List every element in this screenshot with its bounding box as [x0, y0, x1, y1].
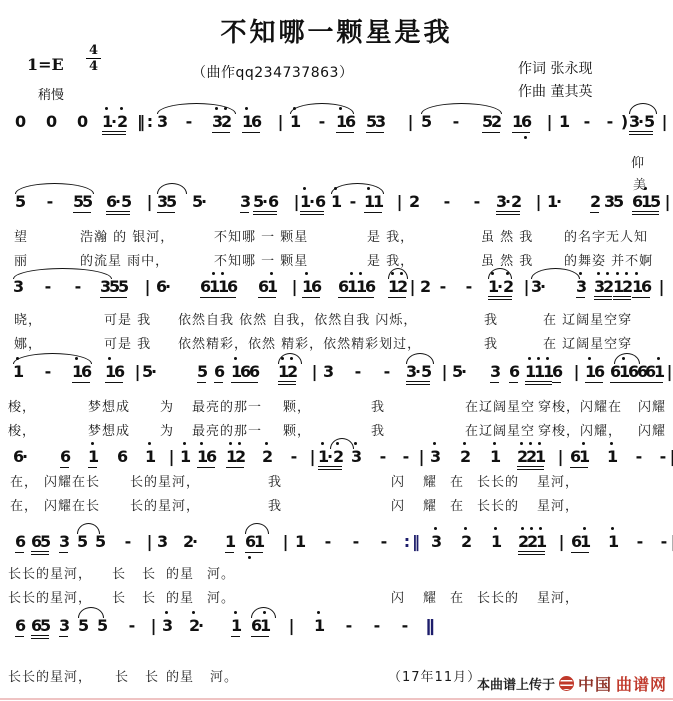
lyric-segment: 长长的星河，	[8, 666, 92, 685]
note-char: 3	[604, 192, 613, 211]
note-char: 6	[594, 362, 603, 381]
note-char: 6	[15, 616, 24, 635]
note-char: 6	[13, 447, 22, 466]
note-char: 1	[225, 532, 234, 551]
note-char: |	[669, 532, 673, 551]
note-token: 5	[197, 362, 206, 383]
note-token: 355	[100, 277, 127, 298]
lyric-segment: 闪耀在长	[44, 471, 100, 490]
barline: |	[556, 447, 565, 466]
note-token: 16	[336, 112, 354, 133]
lyric-segment: 梭，	[8, 396, 36, 415]
note-token: 6	[552, 362, 561, 383]
note-token: 0	[46, 112, 55, 131]
note-token: 2	[460, 447, 469, 466]
note-token: 166	[231, 362, 258, 383]
note-char: 3	[59, 532, 68, 551]
note-char: 1	[197, 447, 206, 466]
note-char: 6	[31, 532, 40, 551]
octave-dot-above	[221, 272, 224, 275]
barline: |	[657, 277, 666, 296]
note-char: 2	[518, 532, 527, 551]
note-char: 1	[278, 362, 287, 381]
lyric-segment: 最亮的那一	[192, 396, 262, 415]
note-token: 221	[517, 447, 544, 470]
note-token: -	[44, 192, 56, 211]
note-token: -	[122, 532, 134, 551]
site-name-light: 曲谱网	[616, 672, 667, 695]
octave-dot-above	[120, 107, 123, 110]
note-token: 35	[157, 192, 175, 213]
note-char: 6	[251, 112, 260, 131]
lyric-segment: 为	[160, 396, 174, 415]
octave-dot-above	[588, 357, 591, 360]
octave-dot-above	[606, 272, 609, 275]
note-token: -	[377, 447, 389, 466]
note-char: 1	[13, 362, 22, 381]
note-token: 3	[351, 447, 360, 466]
note-char: 3	[406, 362, 415, 381]
note-token: 5·	[142, 362, 157, 381]
note-token: -	[288, 447, 300, 466]
note-token: -	[378, 532, 390, 551]
note-token: 1	[145, 447, 154, 466]
note-char: 6	[249, 362, 258, 381]
dash-note: -	[604, 112, 616, 131]
lyric-segment: 闪耀	[638, 396, 666, 415]
note-token: -	[634, 532, 646, 551]
note-token: 6·5	[106, 192, 130, 215]
note-token: 1	[608, 532, 617, 551]
note-char: |	[660, 112, 669, 131]
note-char: 1	[254, 532, 263, 551]
dash-note: -	[463, 277, 475, 296]
note-char: 3	[351, 447, 360, 466]
note-char: 1	[388, 277, 397, 296]
note-token: 16	[105, 362, 123, 383]
note-char: 6	[571, 532, 580, 551]
note-char: 1	[654, 362, 663, 381]
lyric-segment: 美	[633, 174, 647, 193]
octave-dot-above	[616, 272, 619, 275]
slur-arc	[77, 523, 100, 534]
note-char: 2	[333, 447, 342, 466]
note-char: 5	[644, 112, 653, 131]
note-token: 1·	[547, 192, 562, 211]
note-char: 2	[526, 447, 535, 466]
note-char: 3	[212, 112, 221, 131]
octave-dot-above	[229, 442, 232, 445]
note-char: |	[657, 277, 666, 296]
note-token: 5	[15, 192, 24, 211]
note-char: 1	[300, 192, 309, 211]
note-char: 2	[603, 277, 612, 296]
barline: |	[522, 277, 531, 296]
note-char: 3	[431, 532, 440, 551]
note-char: 6	[117, 447, 126, 466]
note-char: 0	[46, 112, 55, 131]
lyric-segment: 不知哪 一 颗星	[214, 226, 308, 245]
note-char: 1	[231, 362, 240, 381]
note-char: 2	[511, 192, 520, 211]
note-char: 5	[452, 362, 461, 381]
note-token: 2	[262, 447, 271, 466]
lyric-segment: 闪耀在长	[44, 495, 100, 514]
note-char: 1	[242, 112, 251, 131]
note-char: 5	[40, 532, 49, 551]
octave-dot-above	[538, 442, 541, 445]
barline: |	[149, 616, 158, 635]
dash-note: -	[634, 532, 646, 551]
note-token: 6	[214, 362, 223, 383]
lyric-segment: 长	[145, 666, 159, 685]
octave-dot-above	[105, 107, 108, 110]
slur-arc	[157, 183, 187, 194]
barline: |	[417, 447, 426, 466]
upload-note: 本曲谱上传于	[477, 674, 555, 693]
note-token: 3	[157, 532, 166, 551]
octave-dot-above	[635, 272, 638, 275]
note-char: 5	[421, 112, 430, 131]
slur-arc	[278, 353, 302, 364]
dash-note: -	[72, 277, 84, 296]
lyric-segment: 梦想成	[88, 396, 130, 415]
lyric-segment: 闪	[391, 471, 405, 490]
note-char: 2	[221, 112, 230, 131]
dash-note: -	[316, 112, 328, 131]
lyric-segment: 长的星河，	[130, 471, 200, 490]
slur-arc	[331, 183, 384, 194]
note-char: ·	[151, 362, 157, 381]
note-char: 0	[77, 112, 86, 131]
note-token: -	[126, 616, 138, 635]
slur-arc	[488, 268, 512, 279]
note-char: 1	[102, 112, 111, 131]
note-char: 2	[117, 112, 126, 131]
note-token: 16	[242, 112, 260, 133]
octave-dot-above	[303, 187, 306, 190]
note-char: 3	[162, 616, 171, 635]
note-char: 2	[409, 192, 418, 211]
note-token: 5·6	[253, 192, 277, 215]
dash-note: -	[450, 112, 462, 131]
note-char: 1	[534, 362, 543, 381]
note-token: 1	[295, 532, 304, 551]
dash-note: -	[122, 532, 134, 551]
barline: |	[669, 532, 673, 551]
note-token: 1	[225, 532, 234, 553]
lyric-segment: 仰	[631, 152, 645, 171]
note-char: 2	[590, 192, 599, 211]
note-char: ·	[198, 616, 204, 635]
octave-dot-above	[200, 442, 203, 445]
lyric-segment: 为	[160, 420, 174, 439]
octave-dot-above	[245, 107, 248, 110]
slur-arc	[388, 268, 408, 279]
note-char: 6	[570, 447, 579, 466]
note-char: 1	[180, 447, 189, 466]
lyric-segment: 晓，	[14, 309, 42, 328]
lyric-segment: 可是 我	[104, 309, 151, 328]
octave-dot-above	[464, 527, 467, 530]
octave-dot-above	[597, 272, 600, 275]
note-char: 6	[206, 447, 215, 466]
lyric-segment: 在 辽阔星空穿	[543, 333, 632, 352]
octave-dot-above	[183, 442, 186, 445]
lyric-segment: 闪耀	[638, 420, 666, 439]
note-token: 3	[59, 616, 68, 637]
note-token: 1	[490, 447, 499, 466]
note-char: 6	[240, 362, 249, 381]
note-char: 1	[318, 447, 327, 466]
note-char: 3	[531, 277, 540, 296]
lyric-segment: 丽	[14, 250, 28, 269]
note-token: 6116	[200, 277, 236, 298]
barline: |	[668, 447, 673, 466]
octave-dot-above	[539, 527, 542, 530]
lyric-segment: 颗，	[283, 420, 311, 439]
note-token: 2	[461, 532, 470, 551]
note-char: 6	[251, 616, 260, 635]
note-token: 35	[604, 192, 622, 211]
note-token: 1	[559, 112, 568, 131]
note-char: 2	[491, 112, 500, 131]
lyric-segment: 依然自我 依然 自我，依然自我 闪烁，	[178, 309, 417, 328]
note-char: 6	[60, 447, 69, 466]
note-char: 1	[336, 112, 345, 131]
dash-note: -	[581, 112, 593, 131]
slur-arc	[531, 268, 580, 279]
note-char: 6	[81, 362, 90, 381]
note-token: 3	[430, 447, 439, 466]
barline: |	[572, 362, 581, 381]
note-token: 1	[180, 447, 189, 466]
note-token: 5	[77, 532, 86, 551]
note-char: 5	[78, 616, 87, 635]
lyric-segment: 的星	[166, 563, 194, 582]
barline: |	[281, 532, 290, 551]
note-char: |	[545, 112, 554, 131]
note-char: 1	[295, 532, 304, 551]
barline: |	[408, 277, 417, 296]
lyric-segment: 长长的	[477, 471, 519, 490]
dash-note: -	[471, 192, 483, 211]
lyric-segment: 我	[484, 309, 498, 328]
lyric-segment: 的星	[166, 587, 194, 606]
lyric-segment: 长的星河，	[130, 495, 200, 514]
lyric-segment: 长	[142, 587, 156, 606]
dash-note: -	[350, 532, 362, 551]
note-char: 1	[512, 112, 521, 131]
note-char: 2	[461, 532, 470, 551]
note-char: 1	[488, 277, 497, 296]
note-token: 52	[482, 112, 500, 133]
note-char: 5	[142, 362, 151, 381]
barline: |	[545, 112, 554, 131]
note-char: 6	[645, 362, 654, 381]
note-token: 3	[162, 616, 171, 635]
note-char: 6	[365, 277, 374, 296]
note-char: 1	[613, 277, 622, 296]
octave-dot-above	[529, 442, 532, 445]
note-char: |	[534, 192, 543, 211]
barline: |	[290, 277, 299, 296]
note-token: -	[437, 277, 449, 296]
note-char: 6	[509, 362, 518, 381]
lyric-segment: 闪	[391, 495, 405, 514]
lyric-segment: 河。	[207, 563, 235, 582]
note-char: 1	[373, 192, 382, 211]
note-token: 6	[60, 447, 69, 468]
octave-dot-above	[611, 527, 614, 530]
slur-arc	[13, 268, 112, 279]
note-token: 61	[645, 362, 663, 383]
note-char: 5	[40, 616, 49, 635]
note-char: 6	[632, 192, 641, 211]
barline: |	[660, 112, 669, 131]
time-signature: 4 4	[86, 44, 101, 73]
note-token: 6	[15, 616, 24, 637]
key-signature: 1=E	[27, 55, 64, 74]
note-token: 1	[88, 447, 97, 468]
note-token: 2	[420, 277, 429, 296]
lyric-segment: 耀	[423, 495, 437, 514]
octave-dot-above	[520, 442, 523, 445]
note-char: 5	[482, 112, 491, 131]
note-token: 16	[512, 112, 530, 133]
barline: :‖	[402, 532, 420, 551]
lyric-segment: 穿梭，闪耀，	[538, 420, 622, 439]
note-char: 2	[527, 532, 536, 551]
slur-arc	[245, 523, 269, 534]
note-token: 6	[15, 532, 24, 553]
lyric-segment: 长长的星河，	[8, 563, 92, 582]
dash-note: -	[343, 616, 355, 635]
note-char: |	[417, 447, 426, 466]
note-token: -	[400, 447, 412, 466]
time-signature-bottom: 4	[89, 59, 98, 74]
note-char: 1	[231, 616, 240, 635]
note-char: 1	[547, 192, 556, 211]
note-char: ·	[192, 532, 198, 551]
slur-arc	[15, 183, 94, 194]
note-token: 32	[594, 277, 612, 300]
note-char: 3	[157, 192, 166, 211]
note-token: 1	[331, 192, 340, 211]
note-char: 5	[77, 532, 86, 551]
slur-arc	[13, 353, 92, 364]
note-char: 5	[421, 362, 430, 381]
note-char: 1	[525, 362, 534, 381]
octave-dot-above	[537, 357, 540, 360]
note-char: )	[620, 112, 629, 131]
octave-dot-above	[494, 527, 497, 530]
lyric-segment: 可是 我	[104, 333, 151, 352]
note-char: :	[145, 112, 154, 131]
slur-arc	[614, 353, 640, 364]
note-char: 2	[189, 616, 198, 635]
dash-note: -	[347, 192, 359, 211]
lyric-segment: （17年11月）	[388, 666, 481, 685]
note-token: 221	[518, 532, 545, 555]
octave-dot-above	[528, 357, 531, 360]
note-char: 5	[166, 192, 175, 211]
dash-note: -	[126, 616, 138, 635]
note-char: 6	[156, 277, 165, 296]
note-char: 5	[613, 192, 622, 211]
note-char: |	[290, 277, 299, 296]
lyric-segment: 耀	[423, 471, 437, 490]
octave-dot-above	[108, 357, 111, 360]
note-token: 6·	[13, 447, 28, 466]
octave-dot-above	[234, 611, 237, 614]
lyric-segment: 在，	[10, 495, 38, 514]
slur-arc	[421, 103, 502, 114]
note-char: 5	[253, 192, 262, 211]
octave-dot-above	[192, 611, 195, 614]
note-char: 1	[608, 532, 617, 551]
slur-arc	[629, 103, 657, 114]
note-char: 6	[31, 616, 40, 635]
note-char: 3	[100, 277, 109, 296]
note-token: 65	[31, 532, 49, 555]
octave-dot-above	[270, 272, 273, 275]
note-token: 12	[226, 447, 244, 468]
note-token: 3	[157, 112, 166, 131]
note-token: 3	[240, 192, 249, 213]
barline: |	[287, 616, 296, 635]
note-char: 1	[260, 616, 269, 635]
note-char: 5	[109, 277, 118, 296]
note-char: 3	[496, 192, 505, 211]
note-char: 5	[95, 532, 104, 551]
note-char: 1	[585, 362, 594, 381]
note-token: -	[42, 362, 54, 381]
octave-dot-above	[238, 442, 241, 445]
lyric-segment: 是 我，	[367, 226, 414, 245]
barline: |	[308, 447, 317, 466]
octave-dot-above	[625, 272, 628, 275]
octave-dot-above	[265, 442, 268, 445]
note-char: 2	[287, 362, 296, 381]
slur-arc	[330, 438, 354, 449]
note-char: 1	[226, 447, 235, 466]
note-char: 1	[641, 192, 650, 211]
note-token: 16	[197, 447, 215, 468]
note-char: 1	[579, 447, 588, 466]
dash-note: -	[322, 532, 334, 551]
barline: |	[557, 532, 566, 551]
slur-arc	[290, 103, 354, 114]
octave-dot-above	[610, 442, 613, 445]
octave-dot-above	[321, 442, 324, 445]
note-token: -	[463, 277, 475, 296]
octave-dot-above	[493, 442, 496, 445]
note-char: 3	[240, 192, 249, 211]
lyric-segment: 长	[142, 563, 156, 582]
note-token: 16	[585, 362, 603, 383]
lyric-segment: 长长的	[477, 495, 519, 514]
note-char: 2	[397, 277, 406, 296]
note-char: 1	[619, 362, 628, 381]
note-char: 1	[267, 277, 276, 296]
barline: |	[406, 112, 415, 131]
lyric-segment: 在辽阔星空	[465, 420, 535, 439]
note-char: |	[406, 112, 415, 131]
note-token: 6	[117, 447, 126, 466]
note-char: 5	[197, 362, 206, 381]
note-token: 3·5	[629, 112, 653, 135]
